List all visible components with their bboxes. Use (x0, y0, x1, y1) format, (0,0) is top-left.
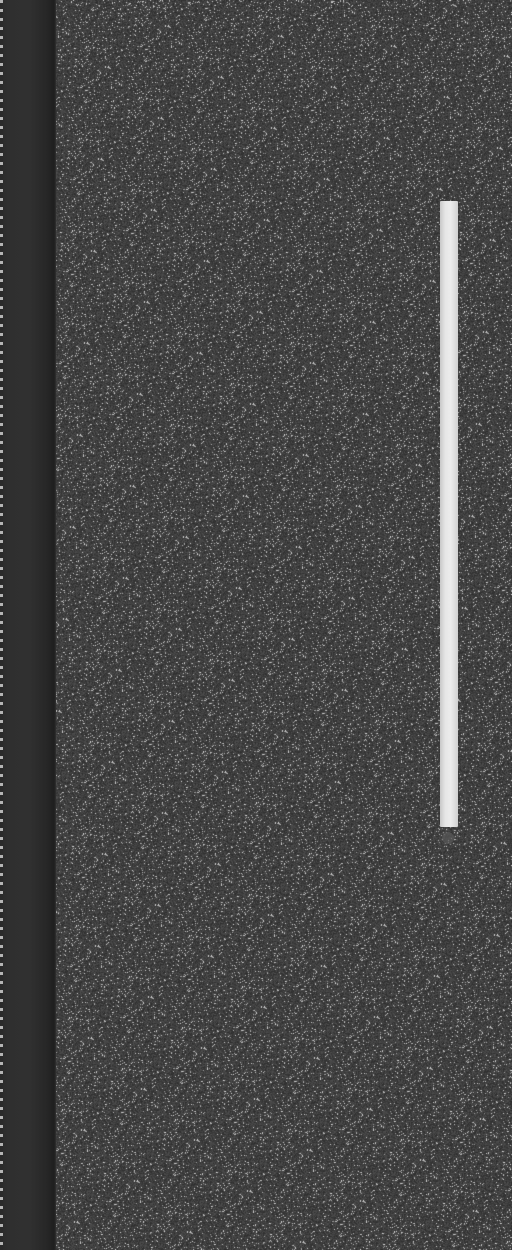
asphalt-texture (0, 0, 512, 1250)
road-scene (0, 0, 512, 1250)
road-edge-marks (0, 0, 3, 1250)
road-stain (442, 832, 454, 844)
lane-marking (440, 201, 458, 827)
road-edge-strip (0, 0, 56, 1250)
